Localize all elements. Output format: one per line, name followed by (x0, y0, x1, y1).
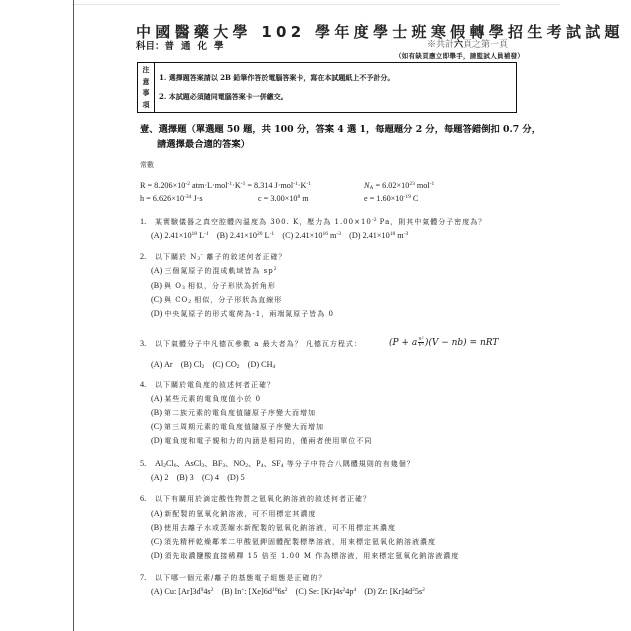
page-note-suffix: 頁之第一頁 (463, 40, 508, 50)
option-a: (A) 三個氮原子的混成軌域皆為 sp2 (151, 266, 276, 276)
missing-page-note: （如有缺頁應立即舉手，請監試人員補發） (395, 51, 524, 60)
constant-R: R = 8.206×10-2 atm·L·mol-1·K-1 = 8.314 J… (140, 181, 311, 190)
question-1-options: (A) 2.41×1018 L-1 (B) 2.41×1020 L-1 (C) … (151, 231, 408, 240)
constant-NA: NA = 6.02×1023 mol-1 (364, 181, 434, 190)
option-a: (A) 新配製的氫氧化鈉溶液，可不用標定其濃度 (151, 509, 316, 519)
opt-sup: -3 (404, 231, 409, 237)
option-c: (C) 與 CO2 相似，分子形狀為直線形 (151, 295, 282, 305)
question-stem: Pa，則其中氣體分子密度為？ (376, 218, 486, 226)
label-char: 項 (143, 100, 150, 110)
opt-text: (B) 2.41×10 (217, 231, 257, 240)
label-char: 意 (143, 77, 150, 87)
opt-text: : [Xe]6d (244, 587, 272, 596)
instruction-item: 2. 本試題必須隨同電腦答案卡一併繳交。 (159, 92, 516, 102)
opt-text: (B) In (222, 587, 242, 596)
opt-label: (C) (151, 537, 162, 546)
option-b: (B) 3 (177, 473, 194, 482)
const-text: = 8.314 J·mol (245, 181, 293, 190)
opt-sup: 2 (211, 587, 214, 593)
frac-den: V² (418, 343, 424, 348)
page-note-prefix: ※共計 (427, 40, 454, 50)
instructions-box: 注 意 事 項 1. 選擇題答案請以 2B 鉛筆作答於電腦答案卡，寫在本試題紙上… (137, 62, 517, 113)
const-text: C (411, 194, 419, 203)
stem-text: 、NO (225, 459, 245, 468)
option-c: (C) CO2 (212, 360, 239, 369)
question-number: 2. (140, 252, 155, 261)
opt-label: (D) (151, 436, 162, 445)
option-a: (A) 某些元素的電負度值小於 0 (151, 394, 261, 404)
stem-text: 、BF (204, 459, 222, 468)
option-d: (D) Zr: [Kr]4d25s2 (364, 587, 425, 596)
opt-text: m (395, 231, 403, 240)
opt-text: 須先精秤乾燥鄰苯二甲酸氫鉀固體配製標準溶液，用來標定氫氧化鈉溶液濃度 (164, 538, 436, 546)
opt-text: (D) Zr: [Kr]4d (364, 587, 412, 596)
opt-sup: -1 (270, 231, 275, 237)
const-text: = 6.02×10 (373, 181, 409, 190)
opt-label: (D) (151, 309, 162, 318)
instructions-list: 1. 選擇題答案請以 2B 鉛筆作答於電腦答案卡，寫在本試題紙上不予計分。 2.… (155, 63, 516, 112)
subject-name: 普通化學 (165, 41, 231, 52)
opt-text: 相似，分子形狀為折角形 (185, 282, 276, 290)
option-a: (A) 2 (151, 473, 169, 482)
opt-label: (A) (151, 394, 162, 403)
formula-text: )(V − nb) = nRT (425, 338, 499, 348)
const-text: atm·L·mol (190, 181, 228, 190)
const-sup: -1 (430, 181, 435, 187)
opt-sup: -1 (204, 231, 209, 237)
opt-text: 第三周期元素的電負度值隨原子序變大而增加 (164, 423, 324, 431)
constant-c: c = 3.00×108 m (258, 194, 309, 203)
option-a: (A) 2.41×1018 L-1 (151, 231, 209, 240)
constants-label: 常數 (140, 160, 154, 170)
opt-text: 中央氮原子的形式電荷為-1，兩端氮原子皆為 0 (164, 310, 334, 318)
option-b: (B) 2.41×1020 L-1 (217, 231, 274, 240)
opt-text: (D) 2.41×10 (349, 231, 390, 240)
opt-text: 與 O (164, 282, 182, 290)
constant-h: h = 6.626×10-34 J·s (140, 194, 203, 203)
opt-label: (C) (151, 422, 162, 431)
formula-fraction: n²V² (418, 337, 424, 348)
opt-sup: 2 (274, 266, 277, 272)
subject-line: 科目：普通化學 (136, 38, 231, 52)
option-b: (B) Cl2 (181, 360, 204, 369)
van-der-waals-equation: (P + an²V²)(V − nb) = nRT (389, 337, 498, 348)
question-2: 2.以下關於 N3− 離子的敘述何者正確？ (140, 252, 286, 262)
question-stem: 某實驗儀器之真空腔體內溫度為 300. K，壓力為 1.00×10 (155, 218, 372, 226)
stem-text: 、SF (263, 459, 280, 468)
option-d: (D) 5 (227, 473, 245, 482)
question-number: 1. (140, 217, 155, 226)
section-heading: 壹、選擇題（單選題 50 題，共 100 分，答案 4 選 1，每題題分 2 分… (140, 121, 541, 135)
stem-text: 、P (248, 459, 261, 468)
opt-label: (B) (151, 408, 162, 417)
option-c: (C) 須先精秤乾燥鄰苯二甲酸氫鉀固體配製標準溶液，用來標定氫氧化鈉溶液濃度 (151, 537, 436, 547)
opt-label: (C) (151, 295, 162, 304)
question-5-options: (A) 2 (B) 3 (C) 4 (D) 5 (151, 473, 245, 482)
option-c: (C) Se: [Kr]4s24p4 (296, 587, 357, 596)
opt-sup: -3 (336, 231, 341, 237)
page-count-note: ※共計六頁之第一頁 (427, 37, 508, 50)
option-d: (D) 須先取濃鹽酸直接稀釋 15 倍至 1.00 M 作為標溶液，用來標定氫氧… (151, 551, 459, 561)
question-stem: 等分子中符合八隅體規則的有幾個？ (283, 460, 414, 468)
opt-text: (C) 2.41×10 (282, 231, 322, 240)
option-a: (A) Ar (151, 360, 173, 369)
question-6: 6.以下有關用於滴定酸性物質之氫氧化鈉溶液的敘述何者正確？ (140, 494, 371, 504)
opt-text: 相似，分子形狀為直線形 (191, 296, 282, 304)
option-b: (B) 第二族元素的電負度值隨原子序變大而增加 (151, 408, 316, 418)
opt-text: (A) Cu: [Ar]3d (151, 587, 201, 596)
opt-text: (D) CH (248, 360, 273, 369)
opt-text: 須先取濃鹽酸直接稀釋 15 倍至 1.00 M 作為標溶液，用來標定氫氧化鈉溶液… (164, 552, 459, 560)
opt-sup: 2 (285, 587, 288, 593)
option-b: (B) 使用去離子水或蒸餾水新配製的氫氧化鈉溶液，可不用標定其濃度 (151, 523, 396, 533)
opt-text: 新配製的氫氧化鈉溶液，可不用標定其濃度 (164, 510, 316, 518)
question-stem: 以下關於 N (155, 253, 197, 261)
opt-text: 某些元素的電負度值小於 0 (164, 395, 261, 403)
opt-text: 與 CO (164, 296, 188, 304)
option-c: (C) 4 (202, 473, 219, 482)
option-b: (B) 與 O3 相似，分子形狀為折角形 (151, 281, 276, 291)
stem-text: Cl (166, 459, 174, 468)
const-text: e = 1.60×10 (364, 194, 403, 203)
option-d: (D) CH4 (248, 360, 276, 369)
question-4: 4.以下關於電負度的敘述何者正確？ (140, 380, 275, 390)
option-c: (C) 第三周期元素的電負度值隨原子序變大而增加 (151, 422, 324, 432)
opt-label: (A) (151, 266, 162, 275)
label-char: 事 (143, 88, 150, 98)
opt-label: (B) (151, 281, 162, 290)
const-text: h = 6.626×10 (140, 194, 184, 203)
option-d: (D) 2.41×1018 m-3 (349, 231, 408, 240)
instructions-label: 注 意 事 項 (138, 63, 155, 112)
question-number: 4. (140, 380, 155, 389)
opt-text: 三個氮原子的混成軌域皆為 sp (164, 267, 273, 275)
question-1: 1.某實驗儀器之真空腔體內溫度為 300. K，壓力為 1.00×10-2 Pa… (140, 217, 486, 227)
opt-sup: 4 (353, 587, 356, 593)
const-text: ·K (232, 181, 241, 190)
option-d: (D) 電負度和電子親和力的內涵是相同的，僅兩者使用單位不同 (151, 436, 372, 446)
opt-label: (A) (151, 509, 162, 518)
question-number: 7. (140, 573, 155, 582)
opt-text: 電負度和電子親和力的內涵是相同的，僅兩者使用單位不同 (164, 437, 372, 445)
label-char: 注 (143, 65, 150, 75)
question-3: 3.以下氣體分子中凡德瓦參數 a 最大者為？ 凡德瓦方程式： (140, 339, 362, 349)
question-stem: 以下關於電負度的敘述何者正確？ (155, 381, 275, 389)
opt-sub: 2 (202, 364, 205, 370)
opt-sub: 2 (237, 364, 240, 370)
option-a: (A) Cu: [Ar]3d94s2 (151, 587, 213, 596)
page-left-border (73, 0, 74, 631)
question-7-options: (A) Cu: [Ar]3d94s2 (B) In+: [Xe]6d106s2 … (151, 587, 425, 596)
const-sup: -1 (306, 181, 311, 187)
formula-text: (P + a (389, 338, 417, 348)
page-top-border (74, 4, 560, 5)
opt-text: 6s (277, 587, 284, 596)
opt-text: L (263, 231, 270, 240)
question-7: 7.以下哪一個元素/離子的基態電子組態是正確的？ (140, 573, 326, 583)
const-text: m (300, 194, 308, 203)
stem-text: 、AsCl (176, 459, 201, 468)
opt-text: 4s (203, 587, 210, 596)
opt-text: 使用去離子水或蒸餾水新配製的氫氧化鈉溶液，可不用標定其濃度 (164, 524, 396, 532)
subject-label: 科目： (136, 41, 165, 52)
stem-text: Al (155, 459, 163, 468)
question-stem: 以下氣體分子中凡德瓦參數 a 最大者為？ 凡德瓦方程式： (155, 340, 362, 348)
option-b: (B) In+: [Xe]6d106s2 (222, 587, 288, 596)
instruction-item: 1. 選擇題答案請以 2B 鉛筆作答於電腦答案卡，寫在本試題紙上不予計分。 (159, 73, 516, 83)
opt-text: (C) CO (212, 360, 236, 369)
opt-label: (D) (151, 551, 162, 560)
const-text: J·s (191, 194, 202, 203)
question-stem: 以下哪一個元素/離子的基態電子組態是正確的？ (155, 574, 326, 582)
page-note-total: 六 (454, 40, 463, 50)
constant-e: e = 1.60×10-19 C (364, 194, 418, 203)
question-3-options: (A) Ar (B) Cl2 (C) CO2 (D) CH4 (151, 360, 275, 369)
const-text: c = 3.00×10 (258, 194, 297, 203)
opt-text: (B) Cl (181, 360, 202, 369)
question-stem: 以下有關用於滴定酸性物質之氫氧化鈉溶液的敘述何者正確？ (155, 495, 371, 503)
question-number: 6. (140, 494, 155, 503)
const-text: mol (415, 181, 430, 190)
opt-text: 第二族元素的電負度值隨原子序變大而增加 (164, 409, 316, 417)
option-c: (C) 2.41×1016 m-3 (282, 231, 341, 240)
option-d: (D) 中央氮原子的形式電荷為-1，兩端氮原子皆為 0 (151, 309, 334, 319)
section-heading-cont: 請選擇最合適的答案） (157, 136, 250, 150)
question-stem: 離子的敘述何者正確？ (203, 253, 286, 261)
const-text: R = 8.206×10 (140, 181, 185, 190)
opt-label: (B) (151, 523, 162, 532)
question-5: 5.Al2Cl6、AsCl3、BF3、NO2、P4、SF4 等分子中符合八隅體規… (140, 458, 415, 469)
question-number: 3. (140, 339, 155, 348)
question-number: 5. (140, 459, 155, 468)
const-sup: -19 (403, 194, 410, 200)
opt-text: (C) Se: [Kr]4s (296, 587, 343, 596)
opt-sub: 4 (273, 364, 276, 370)
opt-sup: 2 (422, 587, 425, 593)
opt-text: (A) 2.41×10 (151, 231, 192, 240)
